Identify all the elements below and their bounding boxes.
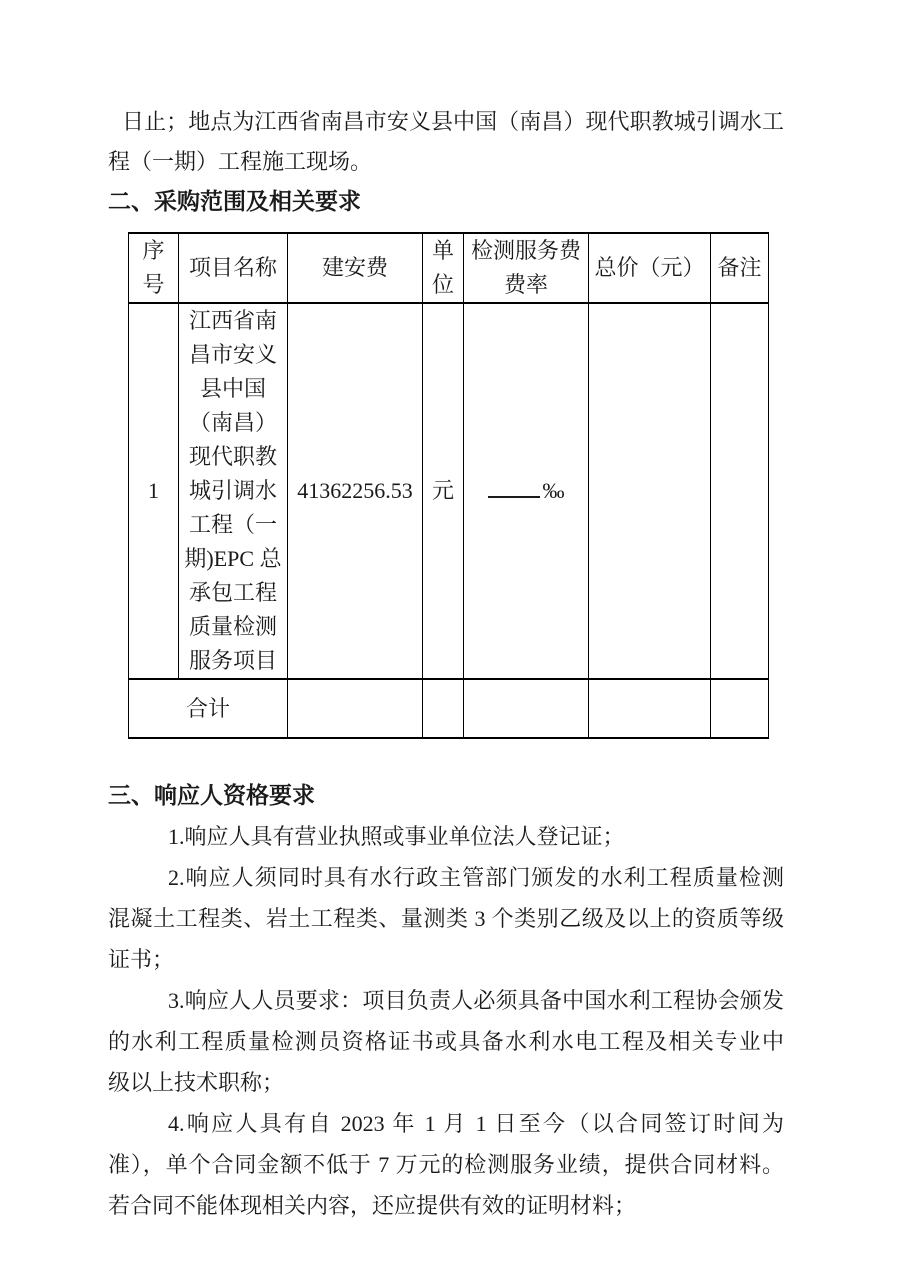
requirement-line: 准），单个合同金额不低于 7 万元的检测服务业绩，提供合同材料。 [108,1144,784,1185]
section-2-heading: 二、采购范围及相关要求 [108,182,784,222]
cell-total-rate [464,679,589,738]
header-cell-total-price: 总价（元） [589,233,711,303]
rate-blank-line [488,495,540,498]
header-cell-service-fee-rate: 检测服务费费率 [464,233,589,303]
header-cell-project-name: 项目名称 [179,233,288,303]
requirement-line: 级以上技术职称； [108,1062,784,1103]
cell-total-construction-cost [288,679,423,738]
requirement-line: 2.响应人须同时具有水行政主管部门颁发的水利工程质量检测 [108,857,784,898]
purchase-scope-table: 序号 项目名称 建安费 单位 检测服务费费率 总价（元） 备注 1 江西省南昌市… [128,232,769,739]
table-total-row: 合计 [129,679,769,738]
cell-project-name: 江西省南昌市安义县中国（南昌）现代职教城引调水工程（一期)EPC 总承包工程质量… [179,303,288,679]
header-cell-construction-cost: 建安费 [288,233,423,303]
cell-unit: 元 [423,303,464,679]
requirement-line: 1.响应人具有营业执照或事业单位法人登记证； [108,816,784,857]
cell-total-price [589,679,711,738]
cell-remark [711,303,769,679]
intro-line-1: 日止；地点为江西省南昌市安义县中国（南昌）现代职教城引调水工 [108,102,784,142]
intro-line-2: 程（一期）工程施工现场。 [108,142,784,182]
cell-total-label: 合计 [129,679,288,738]
cell-total-remark [711,679,769,738]
rate-permille-sign: ‰ [543,478,565,503]
cell-service-fee-rate: ‰ [464,303,589,679]
requirement-line: 3.响应人人员要求：项目负责人必须具备中国水利工程协会颁发 [108,980,784,1021]
intro-paragraph: 日止；地点为江西省南昌市安义县中国（南昌）现代职教城引调水工 程（一期）工程施工… [108,102,784,182]
cell-total-price [589,303,711,679]
cell-total-unit [423,679,464,738]
table-header-row: 序号 项目名称 建安费 单位 检测服务费费率 总价（元） 备注 [129,233,769,303]
requirement-line: 证书； [108,939,784,980]
cell-construction-cost: 41362256.53 [288,303,423,679]
header-cell-unit: 单位 [423,233,464,303]
requirement-line: 的水利工程质量检测员资格证书或具备水利水电工程及相关专业中 [108,1021,784,1062]
requirements-list: 1.响应人具有营业执照或事业单位法人登记证；2.响应人须同时具有水行政主管部门颁… [108,816,784,1226]
requirement-line: 4.响应人具有自 2023 年 1 月 1 日至今（以合同签订时间为 [108,1103,784,1144]
header-cell-remark: 备注 [711,233,769,303]
header-cell-index: 序号 [129,233,179,303]
section-3-heading: 三、响应人资格要求 [108,775,784,816]
cell-index: 1 [129,303,179,679]
document-page: 日止；地点为江西省南昌市安义县中国（南昌）现代职教城引调水工 程（一期）工程施工… [0,0,900,1272]
requirement-line: 若合同不能体现相关内容，还应提供有效的证明材料； [108,1185,784,1226]
requirement-line: 混凝土工程类、岩土工程类、量测类 3 个类别乙级及以上的资质等级 [108,898,784,939]
table-row: 1 江西省南昌市安义县中国（南昌）现代职教城引调水工程（一期)EPC 总承包工程… [129,303,769,679]
